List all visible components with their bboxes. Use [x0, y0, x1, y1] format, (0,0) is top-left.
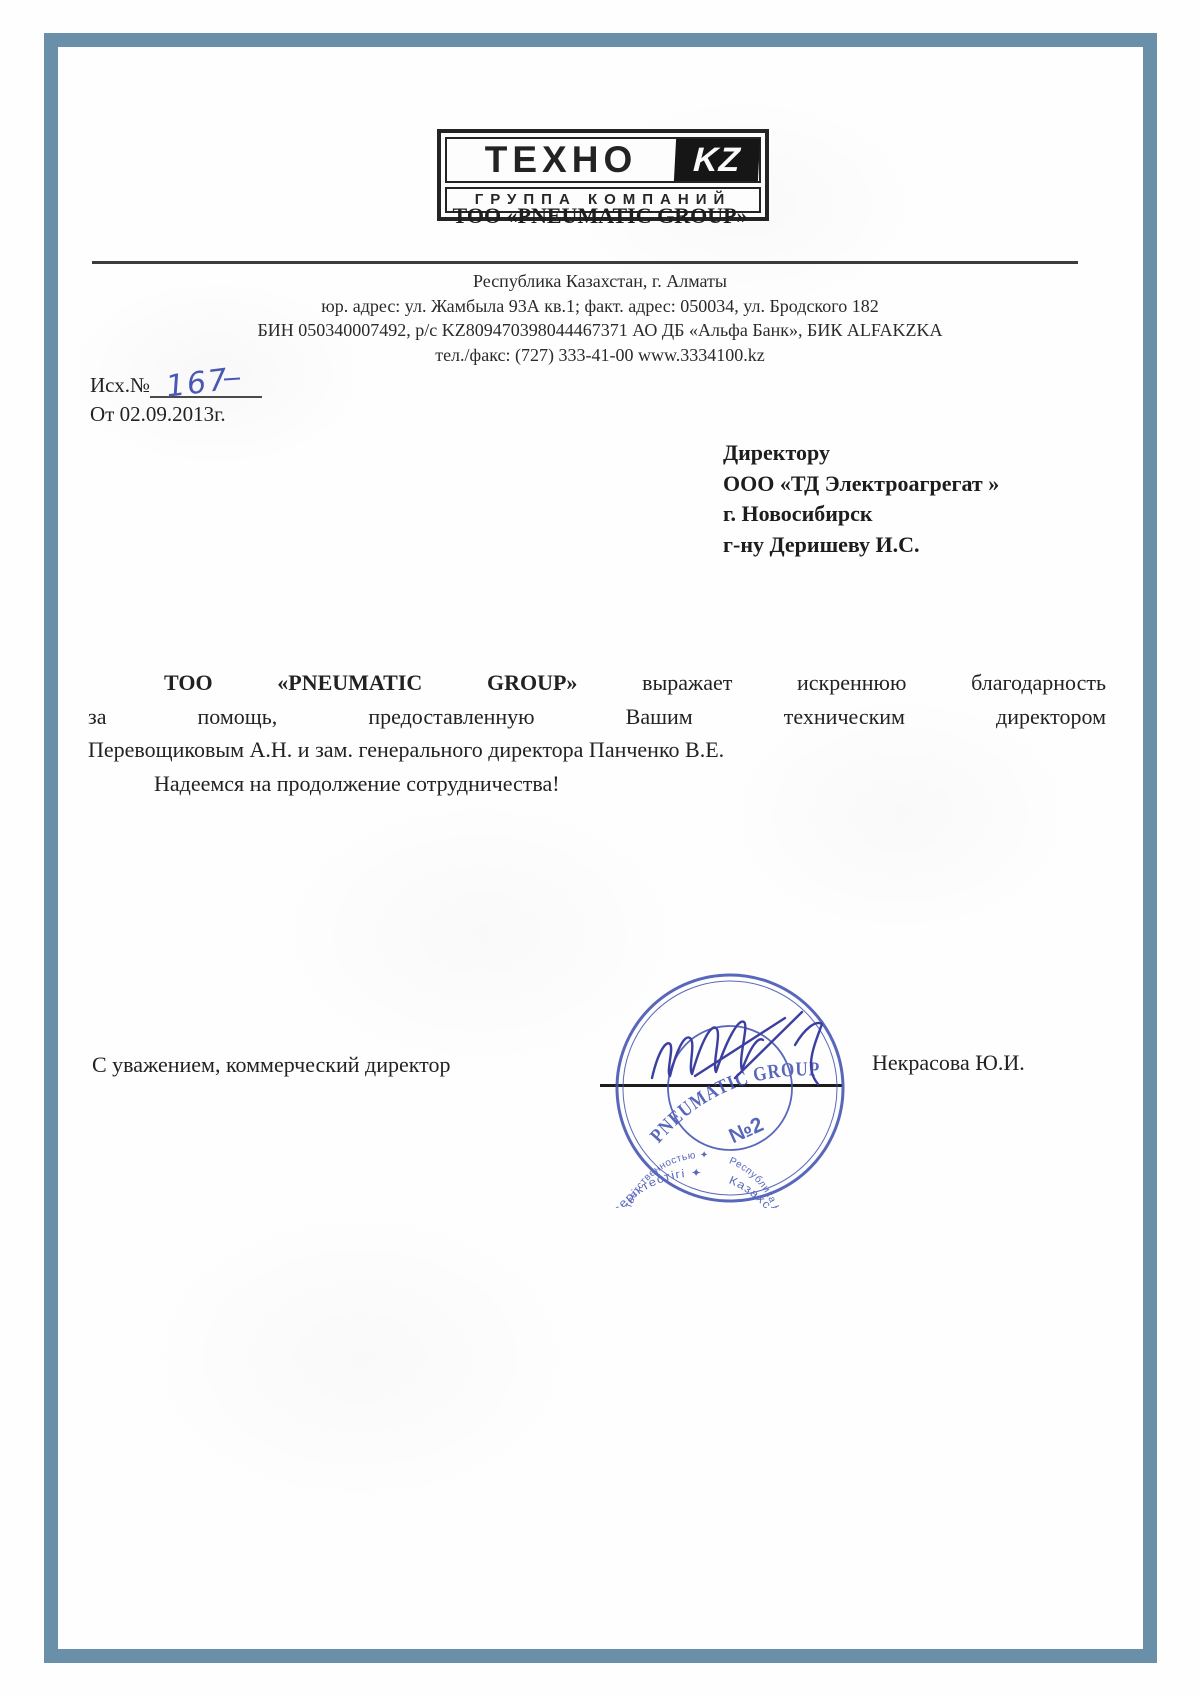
recipient-city: г. Новосибирск — [723, 499, 999, 530]
handwritten-number: 167 — [164, 365, 230, 402]
body-line-1: ТОО «PNEUMATIC GROUP» выражает искреннюю… — [88, 666, 1106, 700]
handwritten-signature — [600, 990, 860, 1100]
address-block: Республика Казахстан, г. Алматы юр. адре… — [0, 269, 1200, 367]
address-line-phone: тел./факс: (727) 333-41-00 www.3334100.k… — [0, 343, 1200, 368]
handwritten-seven-crossbar — [224, 377, 240, 380]
letter-date: От 02.09.2013г. — [90, 402, 262, 432]
body-line-4: Надеемся на продолжение сотрудничества! — [88, 767, 1106, 801]
closing-line: С уважением, коммерческий директор — [92, 1052, 451, 1078]
reference-block: Исх.№167 От 02.09.2013г. — [90, 372, 262, 432]
recipient-block: Директору ООО «ТД Электроагрегат » г. Но… — [723, 438, 999, 560]
stamp-number: №2 — [726, 1113, 767, 1148]
recipient-company: ООО «ТД Электроагрегат » — [723, 469, 999, 500]
svg-text:Казахстан Республикасы Алматы: Казахстан Республикасы Алматы каласы Жау… — [610, 1134, 832, 1208]
address-line-country: Республика Казахстан, г. Алматы — [0, 269, 1200, 294]
stamp-inner-ring-text: Республика Казахстан г. Алматы ✦ Товарищ… — [610, 1123, 811, 1208]
company-name: ТОО «PNEUMATIC GROUP» — [0, 203, 1200, 229]
header-divider — [92, 261, 1078, 264]
logo-kz-badge: KZ — [674, 139, 760, 181]
recipient-title: Директору — [723, 438, 999, 469]
letter-body: ТОО «PNEUMATIC GROUP» выражает искреннюю… — [88, 666, 1106, 800]
logo-top-band: ТЕХНО KZ — [445, 137, 761, 183]
address-line-street: юр. адрес: ул. Жамбыла 93А кв.1; факт. а… — [0, 294, 1200, 319]
outgoing-number-underline: 167 — [150, 372, 262, 398]
body-line-3: Перевощиковым А.Н. и зам. генерального д… — [88, 733, 1106, 767]
signer-name: Некрасова Ю.И. — [872, 1050, 1025, 1076]
address-line-bank: БИН 050340007492, р/с KZ8094703980444673… — [0, 318, 1200, 343]
outgoing-label: Исх.№ — [90, 373, 150, 397]
recipient-person: г-ну Деришеву И.С. — [723, 530, 999, 561]
body-line-1-rest: выражает искреннюю благодарность — [642, 670, 1106, 695]
body-line-1-bold: ТОО «PNEUMATIC GROUP» — [164, 670, 577, 695]
scanned-letter-page: ТЕХНО KZ ГРУППА КОМПАНИЙ ТОО «PNEUMATIC … — [0, 0, 1200, 1697]
logo-word-tekhno: ТЕХНО — [447, 139, 675, 181]
outgoing-number-line: Исх.№167 — [90, 372, 262, 402]
svg-text:Республика Казахстан г. Алматы: Республика Казахстан г. Алматы ✦ Товарищ… — [610, 1123, 811, 1208]
stamp-outer-ring-text: Казахстан Республикасы Алматы каласы Жау… — [610, 1134, 832, 1208]
body-line-2: за помощь, предоставленную Вашим техниче… — [88, 700, 1106, 734]
